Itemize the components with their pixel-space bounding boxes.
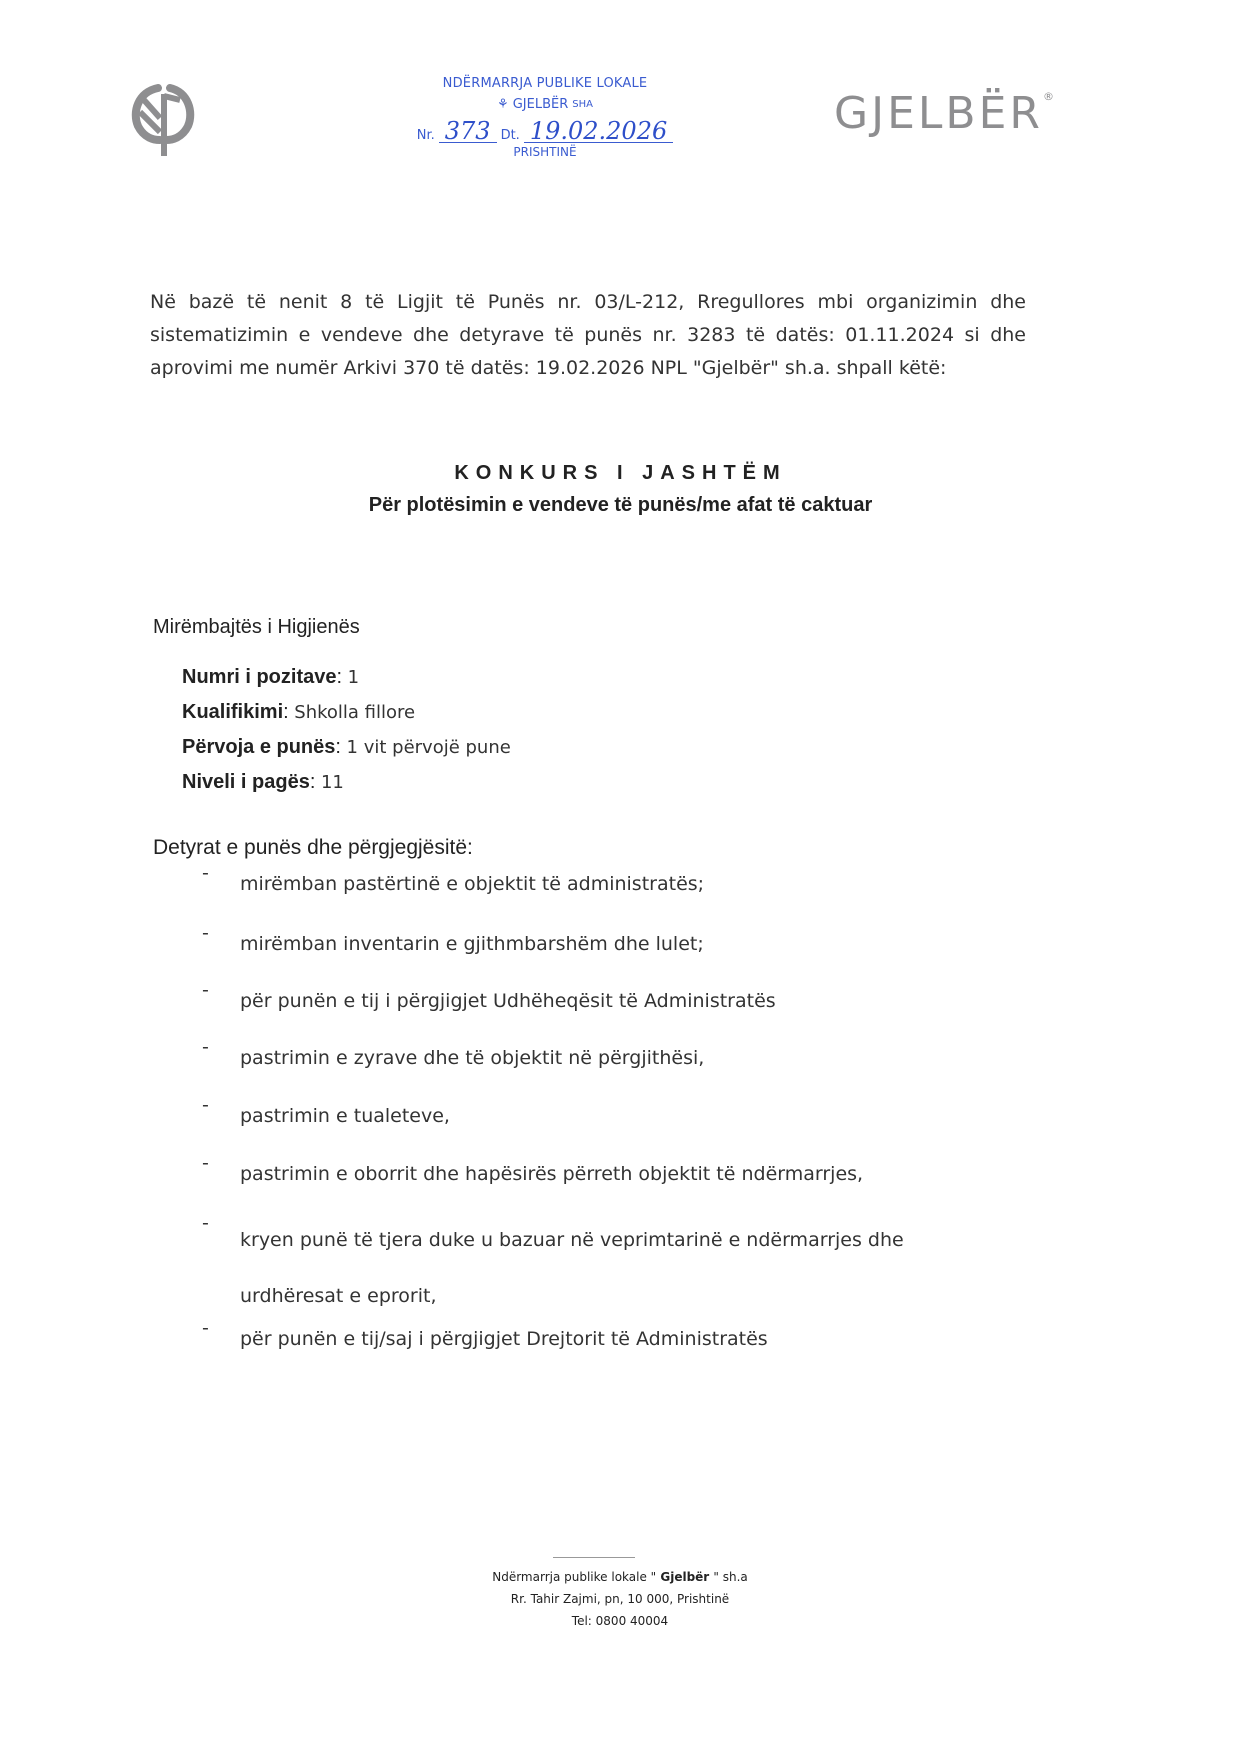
stamp-company-suffix: SHA	[572, 99, 593, 110]
footer-company: Ndërmarrja publike lokale " Gjelbër " sh…	[380, 1566, 860, 1588]
duty-item: -pastrimin e zyrave dhe të objektit në p…	[202, 1036, 980, 1081]
stamp-city: PRISHTINË	[380, 145, 710, 159]
footer-phone: Tel: 0800 40004	[380, 1610, 860, 1632]
intro-paragraph: Në bazë të nenit 8 të Ligjit të Punës nr…	[150, 286, 1026, 385]
footer-street: Rr. Tahir Zajmi, pn, 10 000, Prishtinë	[380, 1588, 860, 1610]
document-subtitle: Për plotësimin e vendeve të punës/me afa…	[0, 494, 1241, 517]
registration-stamp: NDËRMARRJA PUBLIKE LOKALE ⚘ GJELBËR SHA …	[380, 76, 710, 159]
leaf-logo-icon: ⚘	[497, 97, 509, 112]
nr-label: Nr.	[417, 128, 435, 143]
field-row: Përvoja e punës: 1 vit përvojë pune	[182, 730, 511, 765]
field-row: Numri i pozitave: 1	[182, 660, 511, 695]
field-row: Niveli i pagës: 11	[182, 765, 511, 800]
duty-item: -mirëmban pastërtinë e objektit të admin…	[202, 862, 980, 907]
duty-item: -kryen punë të tjera duke u bazuar në ve…	[202, 1212, 980, 1324]
date-value: 19.02.2026	[524, 120, 673, 143]
document-title: KONKURS I JASHTËM	[0, 462, 1241, 485]
position-fields: Numri i pozitave: 1 Kualifikimi: Shkolla…	[182, 660, 511, 800]
footer-address: Ndërmarrja publike lokale " Gjelbër " sh…	[380, 1566, 860, 1632]
stamp-company-name: GJELBËR	[513, 97, 569, 112]
duty-item: -pastrimin e oborrit dhe hapësirës përre…	[202, 1152, 980, 1197]
brand-name: GJELBËR	[834, 88, 1043, 139]
nr-value: 373	[439, 120, 497, 143]
duty-item: -për punën e tij/saj i përgjigjet Drejto…	[202, 1317, 980, 1362]
date-label: Dt.	[501, 128, 520, 143]
stamp-company: ⚘ GJELBËR SHA	[380, 97, 710, 112]
field-row: Kualifikimi: Shkolla fillore	[182, 695, 511, 730]
stamp-org-type: NDËRMARRJA PUBLIKE LOKALE	[380, 76, 710, 91]
stamp-reference: Nr. 373 Dt. 19.02.2026	[380, 120, 710, 143]
gjelber-leaf-logo-icon	[128, 78, 200, 158]
duty-item: -pastrimin e tualeteve,	[202, 1094, 980, 1139]
registered-mark: ®	[1043, 90, 1054, 103]
duty-item: -mirëmban inventarin e gjithmbarshëm dhe…	[202, 922, 980, 967]
position-title: Mirëmbajtës i Higjienës	[153, 616, 360, 639]
duties-title: Detyrat e punës dhe përgjegjësitë:	[153, 836, 473, 860]
footer-divider	[553, 1557, 635, 1558]
brand-wordmark: GJELBËR®	[834, 88, 1054, 139]
duty-item: -për punën e tij i përgjigjet Udhëheqësi…	[202, 979, 980, 1024]
